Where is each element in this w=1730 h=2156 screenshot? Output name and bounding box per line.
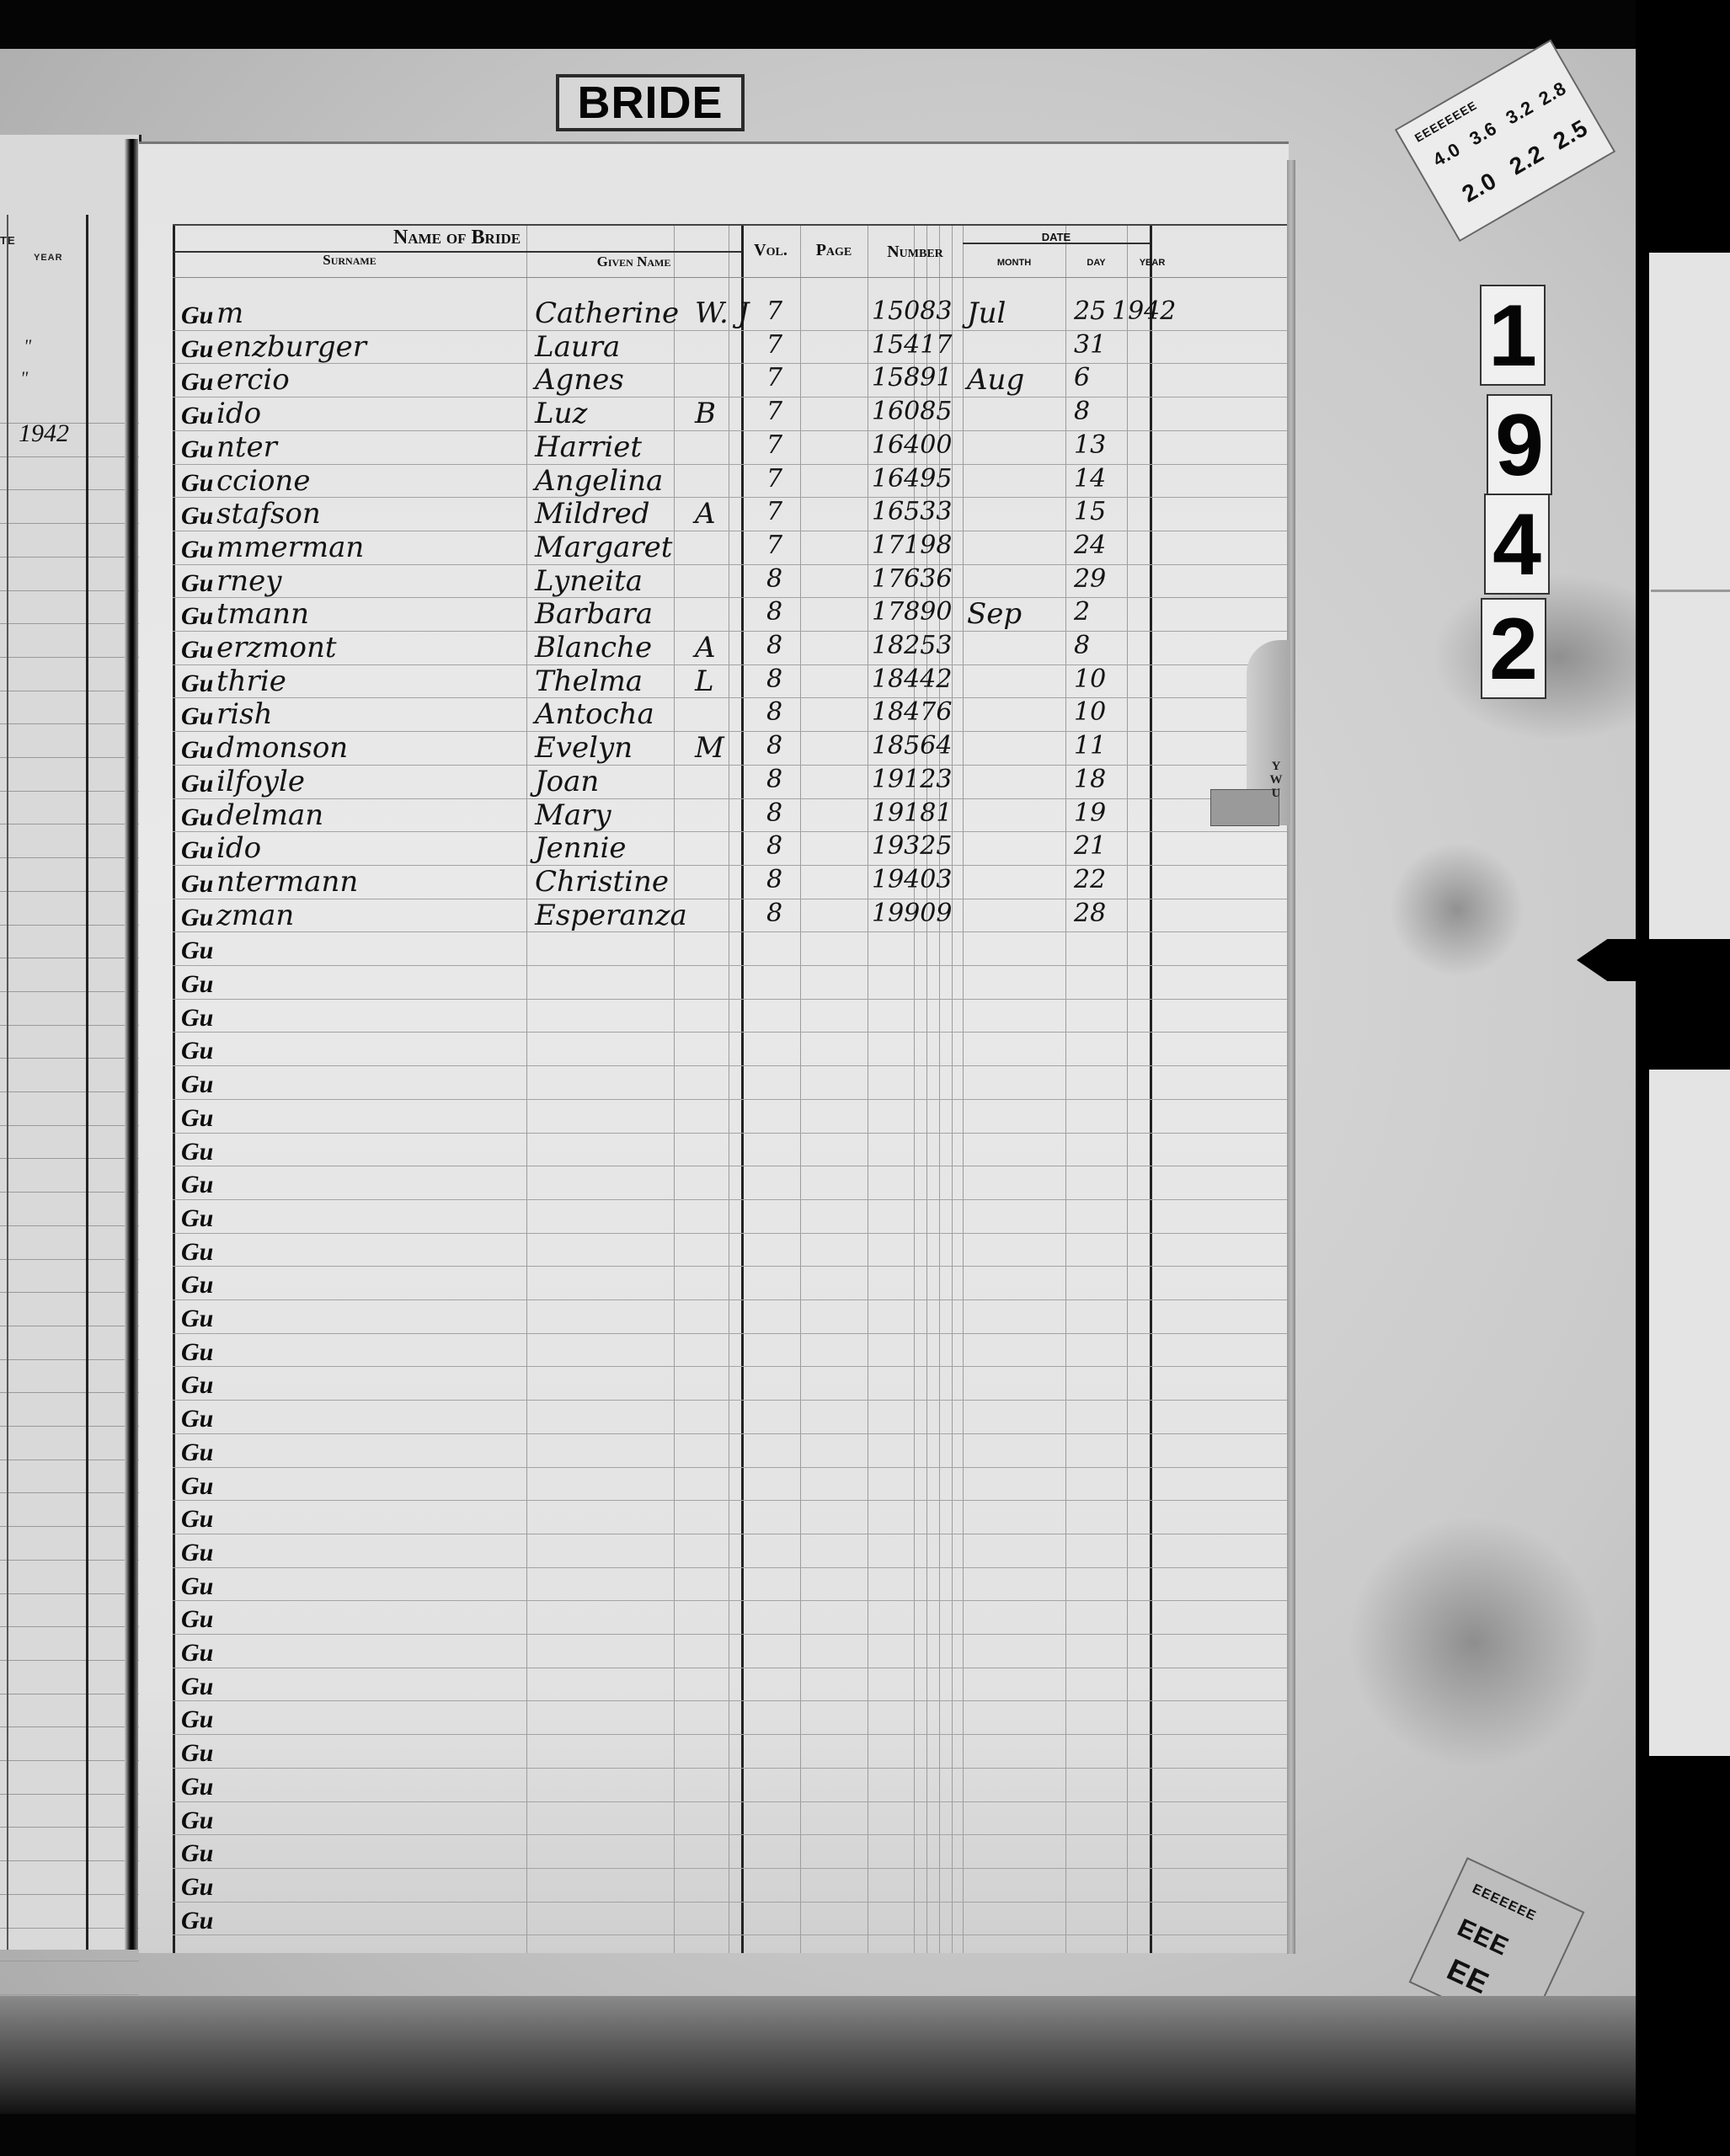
arrow-tab-marker [1577, 939, 1730, 981]
row-rule [173, 1467, 1289, 1468]
column-rule [741, 224, 744, 1953]
row-rule [0, 991, 139, 992]
column-rule [86, 215, 88, 1950]
surname-suffix: ido [216, 831, 261, 865]
row-rule [173, 798, 1289, 799]
surname-prefix: Gu [181, 736, 213, 765]
vol: 8 [766, 865, 782, 894]
record-number: 18253 [872, 631, 952, 660]
year-tile: 4 [1484, 494, 1550, 595]
surname-prefix: Gu [181, 1438, 213, 1467]
column-rule [674, 224, 675, 1953]
ditto-mark: " [20, 367, 28, 389]
row-rule [0, 1091, 139, 1092]
given-name: Catherine [535, 296, 679, 330]
given-name: Antocha [535, 697, 654, 731]
surname-prefix: Gu [181, 1371, 213, 1400]
row-rule [173, 1199, 1289, 1200]
header-rule [173, 224, 1289, 226]
row-rule [0, 857, 139, 858]
given-name: Evelyn [535, 731, 633, 765]
row-rule [0, 958, 139, 958]
vol: 8 [766, 765, 782, 794]
row-rule [0, 1860, 139, 1861]
surname-suffix: nter [216, 430, 277, 464]
vol: 8 [766, 731, 782, 760]
page-header: Page [800, 241, 868, 260]
row-rule [0, 657, 139, 658]
surname-prefix: Gu [181, 1305, 213, 1333]
day: 31 [1074, 330, 1106, 360]
day: 6 [1074, 363, 1090, 392]
surname-prefix: Gu [181, 1907, 213, 1935]
given-name: Laura [535, 330, 620, 364]
day: 15 [1074, 497, 1106, 526]
given-name: Mildred [535, 497, 649, 531]
row-rule [173, 1902, 1289, 1903]
record-number: 16533 [872, 497, 952, 526]
left-year-value: 1942 [19, 419, 69, 448]
month-header: MONTH [963, 258, 1065, 268]
row-rule [173, 1700, 1289, 1701]
day: 18 [1074, 765, 1106, 794]
day: 21 [1074, 831, 1106, 861]
row-rule [173, 1734, 1289, 1735]
record-number: 17198 [872, 531, 952, 560]
vol: 7 [766, 330, 782, 360]
surname-suffix: stafson [216, 497, 321, 531]
target-mark: 2.8 [1535, 77, 1570, 110]
row-rule [173, 999, 1289, 1000]
surname-prefix: Gu [181, 1271, 213, 1299]
surname-prefix: Gu [181, 803, 213, 832]
surname-suffix: enzburger [216, 330, 366, 364]
surname-prefix: Gu [181, 1705, 213, 1734]
row-rule [0, 1158, 139, 1159]
water-stain [1348, 1516, 1600, 1769]
vol: 7 [766, 296, 782, 326]
header-rule [173, 277, 1289, 278]
day: 25 [1074, 296, 1106, 326]
surname-prefix: Gu [181, 1138, 213, 1166]
surname-suffix: ercio [216, 363, 290, 397]
record-number: 19909 [872, 899, 952, 928]
surname-suffix: ilfoyle [216, 765, 305, 798]
year-tile: 9 [1487, 394, 1552, 495]
divider-card-upper [1649, 253, 1730, 939]
record-number: 16495 [872, 464, 952, 494]
surname-suffix: zman [216, 899, 294, 932]
left-partial-page: TE YEAR 1942 " " [0, 135, 141, 1950]
book-spine [125, 139, 138, 1950]
target-mark: 4.0 [1429, 138, 1465, 171]
row-rule [173, 1065, 1289, 1066]
row-rule [173, 1099, 1289, 1100]
row-rule [0, 1726, 139, 1727]
given-name: Luz [535, 397, 587, 430]
row-rule [0, 1426, 139, 1427]
row-rule [173, 1868, 1289, 1869]
row-rule [173, 1668, 1289, 1668]
year-tile: 2 [1481, 598, 1546, 699]
row-rule [173, 631, 1289, 632]
page-edge [1287, 160, 1295, 1954]
row-rule [173, 1935, 1289, 1935]
row-rule [173, 831, 1289, 832]
row-rule [173, 1233, 1289, 1234]
row-rule [0, 557, 139, 558]
surname-prefix: Gu [181, 302, 213, 330]
given-name: Esperanza [535, 899, 687, 932]
row-rule [173, 1500, 1289, 1501]
row-rule [173, 697, 1289, 698]
surname-prefix: Gu [181, 402, 213, 430]
day: 22 [1074, 865, 1106, 894]
surname-prefix: Gu [181, 836, 213, 865]
surname-prefix: Gu [181, 368, 213, 397]
surname-prefix: Gu [181, 1004, 213, 1033]
initial: B [695, 397, 716, 430]
vol: 8 [766, 631, 782, 660]
vol: 7 [766, 464, 782, 494]
vol: 8 [766, 831, 782, 861]
target-mark: 3.6 [1466, 117, 1501, 150]
row-rule [0, 1225, 139, 1226]
initial: A [695, 497, 716, 531]
surname-prefix: Gu [181, 1605, 213, 1634]
surname-prefix: Gu [181, 1739, 213, 1768]
vol: 8 [766, 664, 782, 694]
divider-card-lower [1649, 1070, 1730, 1756]
given-name: Christine [535, 865, 669, 899]
surname-prefix: Gu [181, 636, 213, 664]
record-number: 15891 [872, 363, 952, 392]
row-rule [173, 1834, 1289, 1835]
number-header: Number [868, 243, 963, 262]
row-rule [0, 891, 139, 892]
surname-prefix: Gu [181, 1472, 213, 1501]
surname-prefix: Gu [181, 1104, 213, 1133]
row-rule [0, 1760, 139, 1761]
record-number: 19123 [872, 765, 952, 794]
surname-suffix: rish [216, 697, 272, 731]
divider-rule [1651, 590, 1730, 592]
day: 19 [1074, 798, 1106, 828]
surname-suffix: mmerman [216, 531, 364, 564]
month: Jul [967, 296, 1006, 330]
column-rule [1150, 224, 1152, 1953]
surname-prefix: Gu [181, 1673, 213, 1701]
row-rule [173, 1801, 1289, 1802]
month: Sep [967, 597, 1022, 631]
month: Aug [967, 363, 1024, 397]
row-rule [173, 1567, 1289, 1568]
water-stain [1390, 842, 1524, 977]
row-rule [0, 1359, 139, 1360]
day: 10 [1074, 697, 1106, 727]
surname-prefix: Gu [181, 702, 213, 731]
record-number: 19181 [872, 798, 952, 828]
record-number: 18564 [872, 731, 952, 760]
surname-suffix: m [216, 296, 243, 330]
row-rule [0, 1626, 139, 1627]
day: 24 [1074, 531, 1106, 560]
record-number: 18442 [872, 664, 952, 694]
surname-prefix: Gu [181, 1405, 213, 1433]
day: 2 [1074, 597, 1090, 627]
row-rule [173, 1433, 1289, 1434]
row-rule [0, 623, 139, 624]
row-rule [0, 1526, 139, 1527]
row-rule [173, 1166, 1289, 1166]
initial: W. J [695, 296, 749, 330]
surname-suffix: thrie [216, 664, 286, 698]
surname-prefix: Gu [181, 1204, 213, 1233]
row-rule [0, 1259, 139, 1260]
surname-prefix: Gu [181, 1639, 213, 1668]
surname-prefix: Gu [181, 1338, 213, 1367]
vol: 8 [766, 697, 782, 727]
index-tab-letters: Y W U [1268, 760, 1284, 800]
row-rule [173, 1133, 1289, 1134]
surname-prefix: Gu [181, 904, 213, 932]
row-rule [0, 456, 139, 457]
row-rule [0, 1593, 139, 1594]
day: 8 [1074, 397, 1090, 426]
row-rule [173, 430, 1289, 431]
column-rule [800, 224, 801, 1953]
day: 13 [1074, 430, 1106, 460]
initial: A [695, 631, 716, 664]
column-rule [526, 224, 527, 1953]
given-name: Mary [535, 798, 611, 832]
vol: 7 [766, 363, 782, 392]
row-rule [0, 1660, 139, 1661]
row-rule [173, 1634, 1289, 1635]
date-header: DATE [963, 231, 1150, 243]
row-rule [0, 489, 139, 490]
page-bottom-shadow [0, 1996, 1636, 2114]
surname-prefix: Gu [181, 970, 213, 999]
vol: 7 [766, 397, 782, 426]
row-rule [173, 397, 1289, 398]
column-rule [963, 224, 964, 1953]
column-rule [7, 215, 8, 1950]
surname-prefix: Gu [181, 1070, 213, 1099]
row-rule [0, 1492, 139, 1493]
row-rule [173, 664, 1289, 665]
surname-prefix: Gu [181, 1806, 213, 1835]
surname-suffix: dmonson [216, 731, 348, 765]
row-rule [173, 1600, 1289, 1601]
surname-prefix: Gu [181, 1539, 213, 1567]
record-number: 18476 [872, 697, 952, 727]
given-name: Agnes [535, 363, 624, 397]
given-name: Jennie [535, 831, 627, 865]
column-rule [1065, 224, 1066, 1953]
row-rule [0, 925, 139, 926]
vol: 8 [766, 798, 782, 828]
record-number: 17890 [872, 597, 952, 627]
ledger-page: Name of BrideSurnameGiven NameVol.PageNu… [139, 141, 1289, 1953]
row-rule [0, 1460, 139, 1460]
year-header: YEAR [1127, 258, 1177, 268]
surname-prefix: Gu [181, 1572, 213, 1601]
year-tile: 1 [1480, 285, 1546, 386]
row-rule [0, 1326, 139, 1326]
row-rule [0, 1125, 139, 1126]
given-name: Harriet [535, 430, 642, 464]
left-year-header: YEAR [34, 253, 63, 263]
row-rule [0, 723, 139, 724]
row-rule [0, 590, 139, 591]
row-rule [173, 1266, 1289, 1267]
day: 10 [1074, 664, 1106, 694]
row-rule [173, 1299, 1289, 1300]
surname-prefix: Gu [181, 1873, 213, 1902]
record-number: 15417 [872, 330, 952, 360]
surname-suffix: delman [216, 798, 323, 832]
surname-suffix: ccione [216, 464, 310, 498]
ditto-mark: " [24, 335, 31, 357]
row-rule [173, 597, 1289, 598]
record-number: 17636 [872, 564, 952, 594]
surname-prefix: Gu [181, 937, 213, 965]
initial: L [695, 664, 714, 698]
day-header: DAY [1065, 258, 1127, 268]
column-rule [868, 224, 868, 1953]
name-of-bride-header: Name of Bride [173, 227, 741, 249]
surname-prefix: Gu [181, 435, 213, 464]
row-rule [0, 1025, 139, 1026]
given-name: Thelma [535, 664, 643, 698]
record-number: 19403 [872, 865, 952, 894]
given-name: Blanche [535, 631, 652, 664]
day: 11 [1074, 731, 1106, 760]
row-rule [173, 1400, 1289, 1401]
vol: 8 [766, 564, 782, 594]
target-marks: EE [1442, 1951, 1495, 2001]
record-number: 16400 [872, 430, 952, 460]
row-rule [0, 757, 139, 758]
target-marks: EEEEEEE [1470, 1881, 1539, 1924]
vol: 7 [766, 531, 782, 560]
row-rule [0, 1694, 139, 1694]
row-rule [0, 523, 139, 524]
row-rule [173, 497, 1289, 498]
surname-prefix: Gu [181, 569, 213, 598]
day: 28 [1074, 899, 1106, 928]
surname-suffix: ido [216, 397, 261, 430]
row-rule [173, 464, 1289, 465]
row-rule [0, 1928, 139, 1929]
row-rule [0, 691, 139, 691]
surname-prefix: Gu [181, 1238, 213, 1267]
surname-suffix: erzmont [216, 631, 337, 664]
record-number: 16085 [872, 397, 952, 426]
surname-prefix: Gu [181, 1171, 213, 1199]
vol: 8 [766, 899, 782, 928]
surname-prefix: Gu [181, 502, 213, 531]
section-label-bride: BRIDE [556, 74, 745, 131]
row-rule [0, 1392, 139, 1393]
row-rule [173, 1768, 1289, 1769]
surname-suffix: ntermann [216, 865, 358, 899]
given-name: Joan [535, 765, 599, 798]
surname-prefix: Gu [181, 1037, 213, 1065]
row-rule [0, 423, 139, 424]
column-rule [173, 224, 175, 1953]
surname-prefix: Gu [181, 1505, 213, 1534]
given-name: Margaret [535, 531, 672, 564]
record-number: 19325 [872, 831, 952, 861]
row-rule [0, 1058, 139, 1059]
vol: 8 [766, 597, 782, 627]
row-rule [173, 965, 1289, 966]
year: 1942 [1112, 296, 1176, 326]
given-name: Lyneita [535, 564, 643, 598]
target-mark: 2.5 [1549, 115, 1593, 156]
given-name-header: Given Name [526, 253, 741, 270]
surname-prefix: Gu [181, 335, 213, 364]
day: 14 [1074, 464, 1106, 494]
target-mark: 3.2 [1502, 96, 1537, 129]
surname-suffix: tmann [216, 597, 309, 631]
column-rule [729, 224, 729, 1953]
given-name: Angelina [535, 464, 663, 498]
row-rule [0, 1794, 139, 1795]
row-rule [173, 1366, 1289, 1367]
surname-suffix: rney [216, 564, 281, 598]
row-rule [0, 1560, 139, 1561]
row-rule [0, 1961, 139, 1961]
row-rule [0, 1827, 139, 1828]
vol: 7 [766, 497, 782, 526]
record-number: 15083 [872, 296, 952, 326]
surname-prefix: Gu [181, 870, 213, 899]
row-rule [0, 1894, 139, 1895]
surname-header: Surname [173, 252, 526, 269]
day: 29 [1074, 564, 1106, 594]
row-rule [173, 1333, 1289, 1334]
column-rule [1127, 224, 1128, 1953]
row-rule [0, 824, 139, 825]
given-name: Barbara [535, 597, 653, 631]
surname-prefix: Gu [181, 1773, 213, 1801]
target-mark: 2.2 [1505, 140, 1549, 181]
surname-prefix: Gu [181, 770, 213, 798]
surname-prefix: Gu [181, 536, 213, 564]
vol: 7 [766, 430, 782, 460]
vol-header: Vol. [741, 241, 800, 260]
row-rule [0, 1292, 139, 1293]
row-rule [0, 1192, 139, 1193]
surname-prefix: Gu [181, 602, 213, 631]
initial: M [695, 731, 724, 765]
target-mark: 2.0 [1458, 167, 1502, 208]
row-rule [173, 931, 1289, 932]
surname-prefix: Gu [181, 670, 213, 698]
row-rule [0, 1994, 139, 1995]
day: 8 [1074, 631, 1090, 660]
surname-prefix: Gu [181, 1839, 213, 1868]
row-rule [173, 1534, 1289, 1534]
surname-prefix: Gu [181, 469, 213, 498]
row-rule [0, 791, 139, 792]
row-rule [173, 1032, 1289, 1033]
